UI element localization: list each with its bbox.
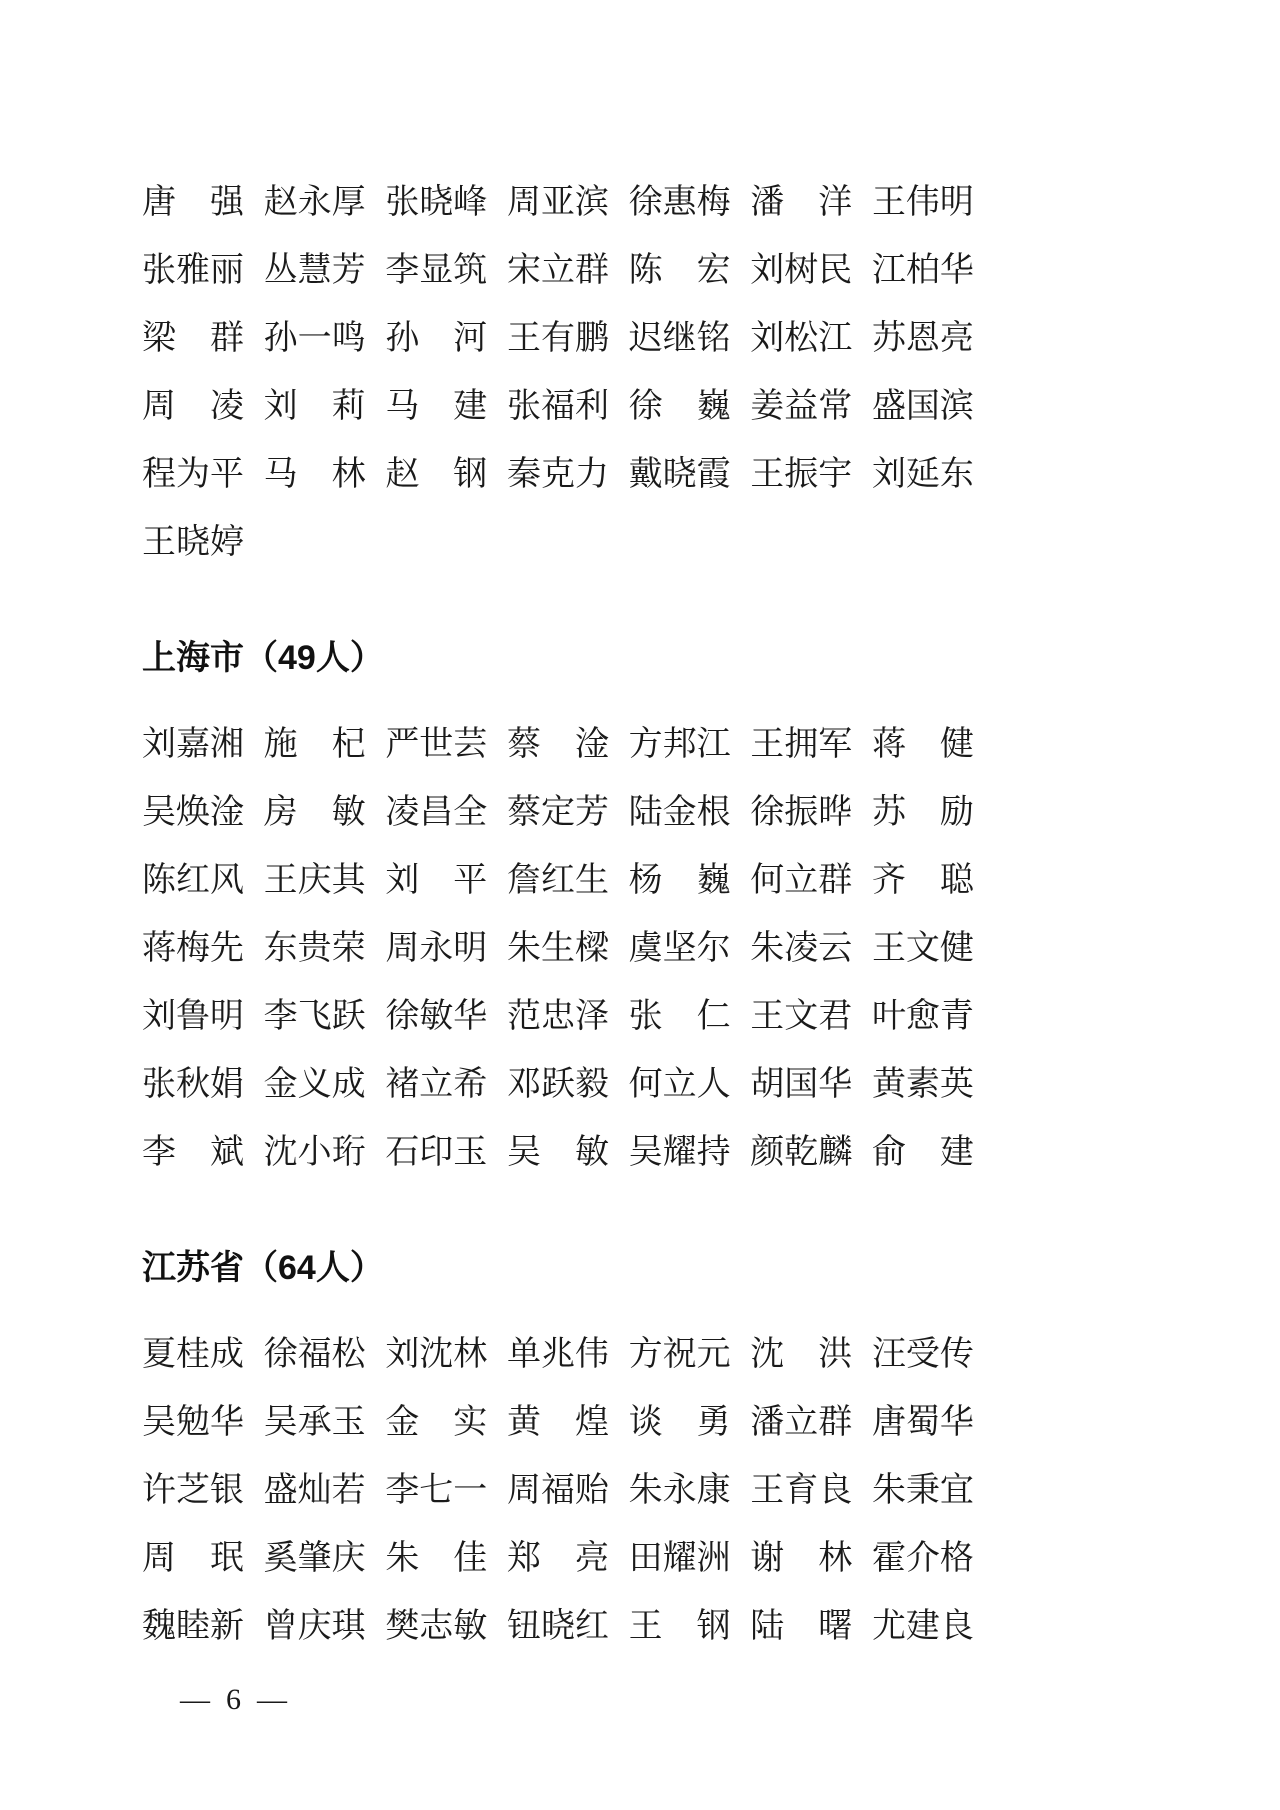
person-name: 马 林 (264, 446, 366, 495)
person-name: 陈红风 (142, 852, 244, 901)
person-name: 夏桂成 (142, 1326, 244, 1375)
person-name: 陆金根 (629, 784, 731, 833)
person-name: 曾庆琪 (264, 1598, 366, 1647)
person-name: 蒋 健 (872, 716, 974, 765)
person-name: 刘松江 (750, 310, 852, 359)
person-name: 郑 亮 (507, 1530, 609, 1579)
person-name: 东贵荣 (264, 920, 366, 969)
name-row: 吴勉华吴承玉金 实黄 煌谈 勇潘立群唐蜀华 (142, 1384, 974, 1452)
name-row: 李 斌沈小珩石印玉吴 敏吴耀持颜乾麟俞 建 (142, 1114, 974, 1182)
person-name: 李七一 (385, 1462, 487, 1511)
name-row: 唐 强赵永厚张晓峰周亚滨徐惠梅潘 洋王伟明 (142, 164, 974, 232)
person-name: 王晓婷 (142, 514, 244, 563)
person-name: 徐振晔 (750, 784, 852, 833)
name-row: 蒋梅先东贵荣周永明朱生樑虞坚尔朱凌云王文健 (142, 910, 974, 978)
person-name: 颜乾麟 (750, 1124, 852, 1173)
person-name: 刘沈林 (385, 1326, 487, 1375)
name-row: 周 珉奚肇庆朱 佳郑 亮田耀洲谢 林霍介格 (142, 1520, 974, 1588)
person-name: 苏恩亮 (872, 310, 974, 359)
person-name: 王文健 (872, 920, 974, 969)
person-name: 朱凌云 (750, 920, 852, 969)
section-title: 上海市（49人） (142, 636, 974, 680)
document-page: 唐 强赵永厚张晓峰周亚滨徐惠梅潘 洋王伟明张雅丽丛慧芳李显筑宋立群陈 宏刘树民江… (0, 0, 1280, 1810)
person-name: 朱秉宜 (872, 1462, 974, 1511)
person-name: 朱永康 (629, 1462, 731, 1511)
person-name: 房 敏 (264, 784, 366, 833)
person-name: 程为平 (142, 446, 244, 495)
name-row: 夏桂成徐福松刘沈林单兆伟方祝元沈 洪汪受传 (142, 1316, 974, 1384)
person-name: 胡国华 (750, 1056, 852, 1105)
person-name: 张 仁 (629, 988, 731, 1037)
person-name: 王文君 (750, 988, 852, 1037)
person-name: 范忠泽 (507, 988, 609, 1037)
person-name: 刘延东 (872, 446, 974, 495)
person-name: 蒋梅先 (142, 920, 244, 969)
person-name: 张晓峰 (385, 174, 487, 223)
name-row: 刘嘉湘施 杞严世芸蔡 淦方邦江王拥军蒋 健 (142, 706, 974, 774)
footer-right-dash: — (257, 1683, 287, 1717)
person-name: 唐蜀华 (872, 1394, 974, 1443)
page-footer: — 6 — (180, 1683, 287, 1717)
person-name: 金义成 (264, 1056, 366, 1105)
person-name: 汪受传 (872, 1326, 974, 1375)
person-name: 方祝元 (629, 1326, 731, 1375)
person-name: 徐敏华 (385, 988, 487, 1037)
person-name: 霍介格 (872, 1530, 974, 1579)
person-name: 孙 河 (385, 310, 487, 359)
person-name: 周 凌 (142, 378, 244, 427)
person-name: 何立群 (750, 852, 852, 901)
person-name: 奚肇庆 (264, 1530, 366, 1579)
person-name: 俞 建 (872, 1124, 974, 1173)
person-name: 蔡 淦 (507, 716, 609, 765)
person-name: 单兆伟 (507, 1326, 609, 1375)
person-name: 蔡定芳 (507, 784, 609, 833)
person-name: 沈 洪 (750, 1326, 852, 1375)
name-row: 张秋娟金义成褚立希邓跃毅何立人胡国华黄素英 (142, 1046, 974, 1114)
person-name: 江柏华 (872, 242, 974, 291)
person-name: 李显筑 (385, 242, 487, 291)
person-name: 何立人 (629, 1056, 731, 1105)
person-name: 吴勉华 (142, 1394, 244, 1443)
name-row: 吴焕淦房 敏凌昌全蔡定芳陆金根徐振晔苏 励 (142, 774, 974, 842)
person-name: 潘立群 (750, 1394, 852, 1443)
person-name: 周亚滨 (507, 174, 609, 223)
person-name: 李飞跃 (264, 988, 366, 1037)
person-name: 施 杞 (264, 716, 366, 765)
person-name: 张秋娟 (142, 1056, 244, 1105)
person-name: 周永明 (385, 920, 487, 969)
person-name: 盛灿若 (264, 1462, 366, 1511)
person-name: 徐福松 (264, 1326, 366, 1375)
person-name: 詹红生 (507, 852, 609, 901)
person-name: 陈 宏 (629, 242, 731, 291)
name-row: 程为平马 林赵 钢秦克力戴晓霞王振宇刘延东 (142, 436, 974, 504)
person-name: 丛慧芳 (264, 242, 366, 291)
person-name: 谢 林 (750, 1530, 852, 1579)
person-name: 徐 巍 (629, 378, 731, 427)
person-name: 刘树民 (750, 242, 852, 291)
person-name: 赵 钢 (385, 446, 487, 495)
person-name: 吴耀持 (629, 1124, 731, 1173)
person-name: 唐 强 (142, 174, 244, 223)
person-name: 王振宇 (750, 446, 852, 495)
name-row: 魏睦新曾庆琪樊志敏钮晓红王 钢陆 曙尤建良 (142, 1588, 974, 1656)
person-name: 朱生樑 (507, 920, 609, 969)
name-row: 王晓婷 (142, 504, 974, 572)
person-name: 吴 敏 (507, 1124, 609, 1173)
person-name: 魏睦新 (142, 1598, 244, 1647)
section-title: 江苏省（64人） (142, 1246, 974, 1290)
person-name: 王育良 (750, 1462, 852, 1511)
person-name: 徐惠梅 (629, 174, 731, 223)
person-name: 迟继铭 (629, 310, 731, 359)
person-name: 宋立群 (507, 242, 609, 291)
person-name: 叶愈青 (872, 988, 974, 1037)
person-name: 王有鹏 (507, 310, 609, 359)
name-row: 梁 群孙一鸣孙 河王有鹏迟继铭刘松江苏恩亮 (142, 300, 974, 368)
name-row: 张雅丽丛慧芳李显筑宋立群陈 宏刘树民江柏华 (142, 232, 974, 300)
person-name: 刘嘉湘 (142, 716, 244, 765)
person-name: 沈小珩 (264, 1124, 366, 1173)
person-name: 尤建良 (872, 1598, 974, 1647)
person-name: 王伟明 (872, 174, 974, 223)
person-name: 严世芸 (385, 716, 487, 765)
person-name: 刘 平 (385, 852, 487, 901)
person-name: 虞坚尔 (629, 920, 731, 969)
person-name: 苏 励 (872, 784, 974, 833)
person-name: 张雅丽 (142, 242, 244, 291)
person-name: 潘 洋 (750, 174, 852, 223)
footer-left-dash: — (180, 1683, 210, 1717)
person-name: 孙一鸣 (264, 310, 366, 359)
person-name: 吴承玉 (264, 1394, 366, 1443)
person-name: 秦克力 (507, 446, 609, 495)
person-name: 齐 聪 (872, 852, 974, 901)
name-row: 周 凌刘 莉马 建张福利徐 巍姜益常盛国滨 (142, 368, 974, 436)
person-name: 梁 群 (142, 310, 244, 359)
name-roster: 唐 强赵永厚张晓峰周亚滨徐惠梅潘 洋王伟明张雅丽丛慧芳李显筑宋立群陈 宏刘树民江… (142, 164, 974, 1656)
person-name: 周福贻 (507, 1462, 609, 1511)
page-number: 6 (226, 1683, 241, 1717)
person-name: 刘鲁明 (142, 988, 244, 1037)
person-name: 钮晓红 (507, 1598, 609, 1647)
person-name: 黄 煌 (507, 1394, 609, 1443)
person-name: 樊志敏 (385, 1598, 487, 1647)
person-name: 黄素英 (872, 1056, 974, 1105)
name-row: 刘鲁明李飞跃徐敏华范忠泽张 仁王文君叶愈青 (142, 978, 974, 1046)
person-name: 刘 莉 (264, 378, 366, 427)
person-name: 王 钢 (629, 1598, 731, 1647)
person-name: 马 建 (385, 378, 487, 427)
person-name: 张福利 (507, 378, 609, 427)
person-name: 邓跃毅 (507, 1056, 609, 1105)
person-name: 陆 曙 (750, 1598, 852, 1647)
person-name: 许芝银 (142, 1462, 244, 1511)
person-name: 盛国滨 (872, 378, 974, 427)
person-name: 谈 勇 (629, 1394, 731, 1443)
person-name: 王拥军 (750, 716, 852, 765)
person-name: 朱 佳 (385, 1530, 487, 1579)
person-name: 金 实 (385, 1394, 487, 1443)
name-row: 陈红风王庆其刘 平詹红生杨 巍何立群齐 聪 (142, 842, 974, 910)
person-name: 石印玉 (385, 1124, 487, 1173)
person-name: 田耀洲 (629, 1530, 731, 1579)
person-name: 姜益常 (750, 378, 852, 427)
person-name: 褚立希 (385, 1056, 487, 1105)
name-row: 许芝银盛灿若李七一周福贻朱永康王育良朱秉宜 (142, 1452, 974, 1520)
person-name: 凌昌全 (385, 784, 487, 833)
person-name: 方邦江 (629, 716, 731, 765)
person-name: 杨 巍 (629, 852, 731, 901)
person-name: 赵永厚 (264, 174, 366, 223)
person-name: 周 珉 (142, 1530, 244, 1579)
person-name: 王庆其 (264, 852, 366, 901)
person-name: 吴焕淦 (142, 784, 244, 833)
person-name: 李 斌 (142, 1124, 244, 1173)
person-name: 戴晓霞 (629, 446, 731, 495)
